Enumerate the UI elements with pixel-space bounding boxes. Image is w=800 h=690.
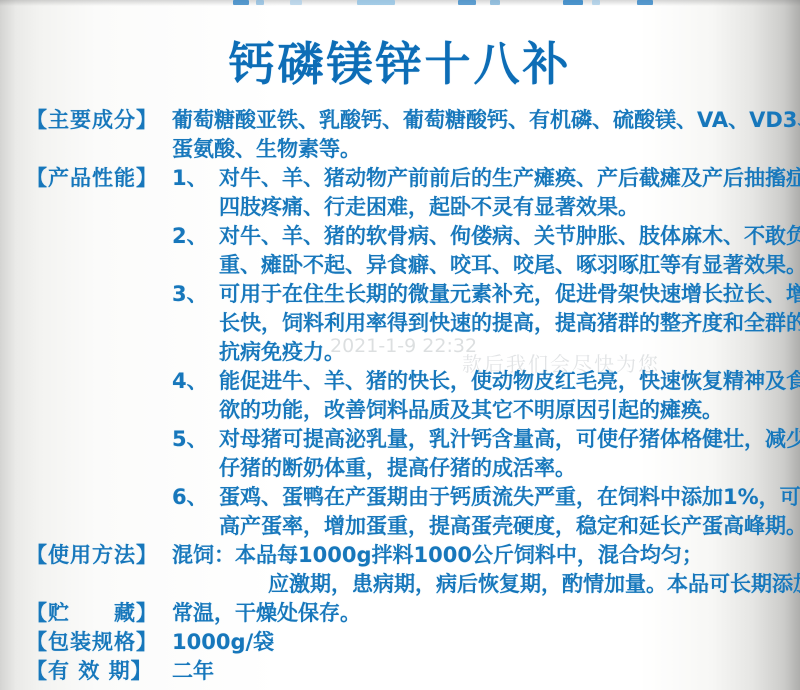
section-row-ingredients: 【主要成分】 葡萄糖酸亚铁、乳酸钙、葡萄糖酸钙、有机磷、硫酸镁、VA、VD3、 … (26, 106, 782, 164)
content-line: 应激期，患病期，病后恢复期，酌情加量。本品可长期添加饲喂。 (172, 570, 782, 599)
label-content: 【主要成分】 葡萄糖酸亚铁、乳酸钙、葡萄糖酸钙、有机磷、硫酸镁、VA、VD3、 … (26, 106, 782, 686)
section-content: 1000g/袋 (172, 628, 782, 657)
content-line: 可用于在住生长期的微量元素补充，促进骨架快速增长拉长、增 (219, 280, 782, 309)
content-line: 二年 (172, 657, 782, 686)
list-item: 2、 对牛、羊、猪的软骨病、佝偻病、关节肿胀、肢体麻木、不敢负 重、瘫卧不起、异… (172, 222, 782, 280)
section-content: 混饲：本品每1000g拌料1000公斤饲料中，混合均匀； 应激期，患病期，病后恢… (172, 541, 782, 599)
content-line: 高产蛋率，增加蛋重，提高蛋壳硬度，稳定和延长产蛋高峰期。 (219, 512, 782, 541)
top-edge-artifact (637, 0, 653, 5)
section-row-shelf-life: 【有 效 期】 二年 (26, 657, 782, 686)
content-line: 葡萄糖酸亚铁、乳酸钙、葡萄糖酸钙、有机磷、硫酸镁、VA、VD3、 (172, 106, 782, 135)
item-number: 1、 (172, 164, 208, 193)
content-line: 四肢疼痛、行走困难，起卧不灵有显著效果。 (219, 193, 782, 222)
content-line: 重、瘫卧不起、异食癖、咬耳、咬尾、啄羽啄肛等有显著效果。 (219, 251, 782, 280)
list-item: 3、 可用于在住生长期的微量元素补充，促进骨架快速增长拉长、增 长快，饲料利用率… (172, 280, 782, 367)
list-item: 6、 蛋鸡、蛋鸭在产蛋期由于钙质流失严重，在饲料中添加1%，可提 高产蛋率，增加… (172, 483, 782, 541)
section-row-storage: 【贮 藏】 常温，干燥处保存。 (26, 599, 782, 628)
section-row-usage: 【使用方法】 混饲：本品每1000g拌料1000公斤饲料中，混合均匀； 应激期，… (26, 541, 782, 599)
section-label: 【使用方法】 (26, 541, 172, 570)
product-title: 钙磷镁锌十八补 (0, 28, 800, 94)
item-number: 5、 (172, 425, 208, 454)
top-edge-artifact (256, 0, 264, 5)
content-line: 仔猪的断奶体重，提高仔猪的成活率。 (219, 454, 782, 483)
product-label-page: { "title": "钙磷镁锌十八补", "colors": { "title… (0, 0, 800, 690)
content-line: 常温，干燥处保存。 (172, 599, 782, 628)
content-line: 对牛、羊、猪动物产前前后的生产瘫痪、产后截瘫及产后抽搐症、 (219, 164, 782, 193)
section-content: 1、 对牛、羊、猪动物产前前后的生产瘫痪、产后截瘫及产后抽搐症、 四肢疼痛、行走… (172, 164, 782, 541)
item-number: 4、 (172, 367, 208, 396)
content-line: 对母猪可提高泌乳量，乳汁钙含量高，可使仔猪体格健壮，减少 (219, 425, 782, 454)
content-line: 能促进牛、羊、猪的快长，使动物皮红毛亮，快速恢复精神及食 (219, 367, 782, 396)
item-number: 3、 (172, 280, 208, 309)
section-row-performance: 【产品性能】 1、 对牛、羊、猪动物产前前后的生产瘫痪、产后截瘫及产后抽搐症、 … (26, 164, 782, 541)
top-edge-artifact (233, 0, 249, 5)
list-item: 4、 能促进牛、羊、猪的快长，使动物皮红毛亮，快速恢复精神及食 欲的功能，改善饲… (172, 367, 782, 425)
section-label: 【主要成分】 (26, 106, 172, 135)
top-edge-artifact (357, 0, 395, 5)
content-line: 蛋氨酸、生物素等。 (172, 135, 782, 164)
list-item: 5、 对母猪可提高泌乳量，乳汁钙含量高，可使仔猪体格健壮，减少 仔猪的断奶体重，… (172, 425, 782, 483)
section-row-packaging: 【包装规格】 1000g/袋 (26, 628, 782, 657)
content-line: 1000g/袋 (172, 628, 782, 657)
section-content: 二年 (172, 657, 782, 686)
section-label: 【贮 藏】 (26, 599, 172, 628)
content-line: 抗病免疫力。 (219, 338, 782, 367)
top-edge-artifact (592, 0, 600, 5)
item-number: 6、 (172, 483, 208, 512)
content-line: 长快，饲料利用率得到快速的提高，提高猪群的整齐度和全群的 (219, 309, 782, 338)
top-edge-artifact (563, 0, 583, 5)
section-label: 【产品性能】 (26, 164, 172, 193)
top-edge-artifact (458, 0, 476, 5)
content-line: 蛋鸡、蛋鸭在产蛋期由于钙质流失严重，在饲料中添加1%，可提 (219, 483, 782, 512)
top-edge-artifact (290, 0, 302, 5)
content-line: 对牛、羊、猪的软骨病、佝偻病、关节肿胀、肢体麻木、不敢负 (219, 222, 782, 251)
section-content: 葡萄糖酸亚铁、乳酸钙、葡萄糖酸钙、有机磷、硫酸镁、VA、VD3、 蛋氨酸、生物素… (172, 106, 782, 164)
section-label: 【有 效 期】 (26, 657, 172, 686)
list-item: 1、 对牛、羊、猪动物产前前后的生产瘫痪、产后截瘫及产后抽搐症、 四肢疼痛、行走… (172, 164, 782, 222)
item-number: 2、 (172, 222, 208, 251)
top-edge-artifact (490, 0, 500, 5)
section-content: 常温，干燥处保存。 (172, 599, 782, 628)
top-edge-shadow (0, 0, 800, 6)
section-label: 【包装规格】 (26, 628, 172, 657)
content-line: 混饲：本品每1000g拌料1000公斤饲料中，混合均匀； (172, 541, 782, 570)
content-line: 欲的功能，改善饲料品质及其它不明原因引起的瘫痪。 (219, 396, 782, 425)
